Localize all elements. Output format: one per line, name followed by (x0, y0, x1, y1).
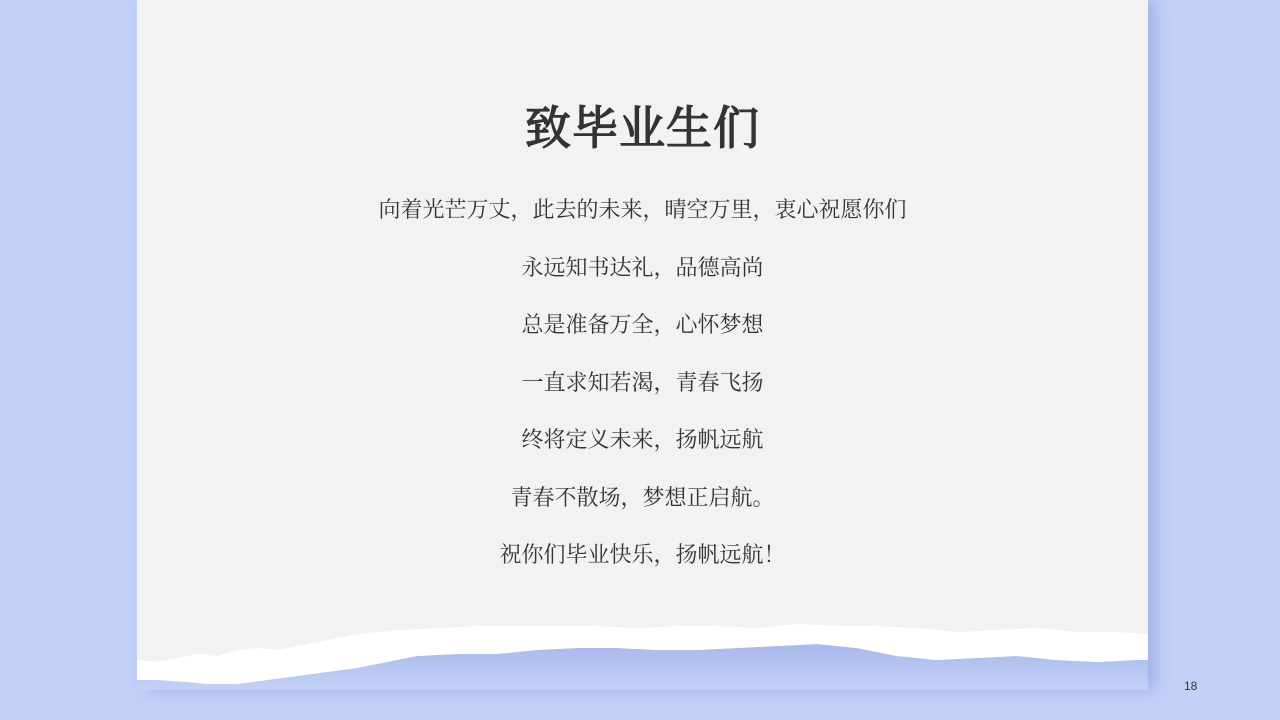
message-line: 祝你们毕业快乐，扬帆远航！ (137, 537, 1148, 595)
message-line: 终将定义未来，扬帆远航 (137, 422, 1148, 480)
message-line: 永远知书达礼，品德高尚 (137, 250, 1148, 308)
message-line: 青春不散场，梦想正启航。 (137, 480, 1148, 538)
message-line: 一直求知若渴，青春飞扬 (137, 365, 1148, 423)
slide-title: 致毕业生们 (137, 92, 1148, 158)
paper-card: 致毕业生们 向着光芒万丈，此去的未来，晴空万里，衷心祝愿你们 永远知书达礼，品德… (137, 0, 1148, 690)
torn-paper-edge (137, 620, 1148, 690)
page-number: 18 (1184, 679, 1197, 693)
message-lines: 向着光芒万丈，此去的未来，晴空万里，衷心祝愿你们 永远知书达礼，品德高尚 总是准… (137, 192, 1148, 595)
message-line: 总是准备万全，心怀梦想 (137, 307, 1148, 365)
message-line: 向着光芒万丈，此去的未来，晴空万里，衷心祝愿你们 (137, 192, 1148, 250)
